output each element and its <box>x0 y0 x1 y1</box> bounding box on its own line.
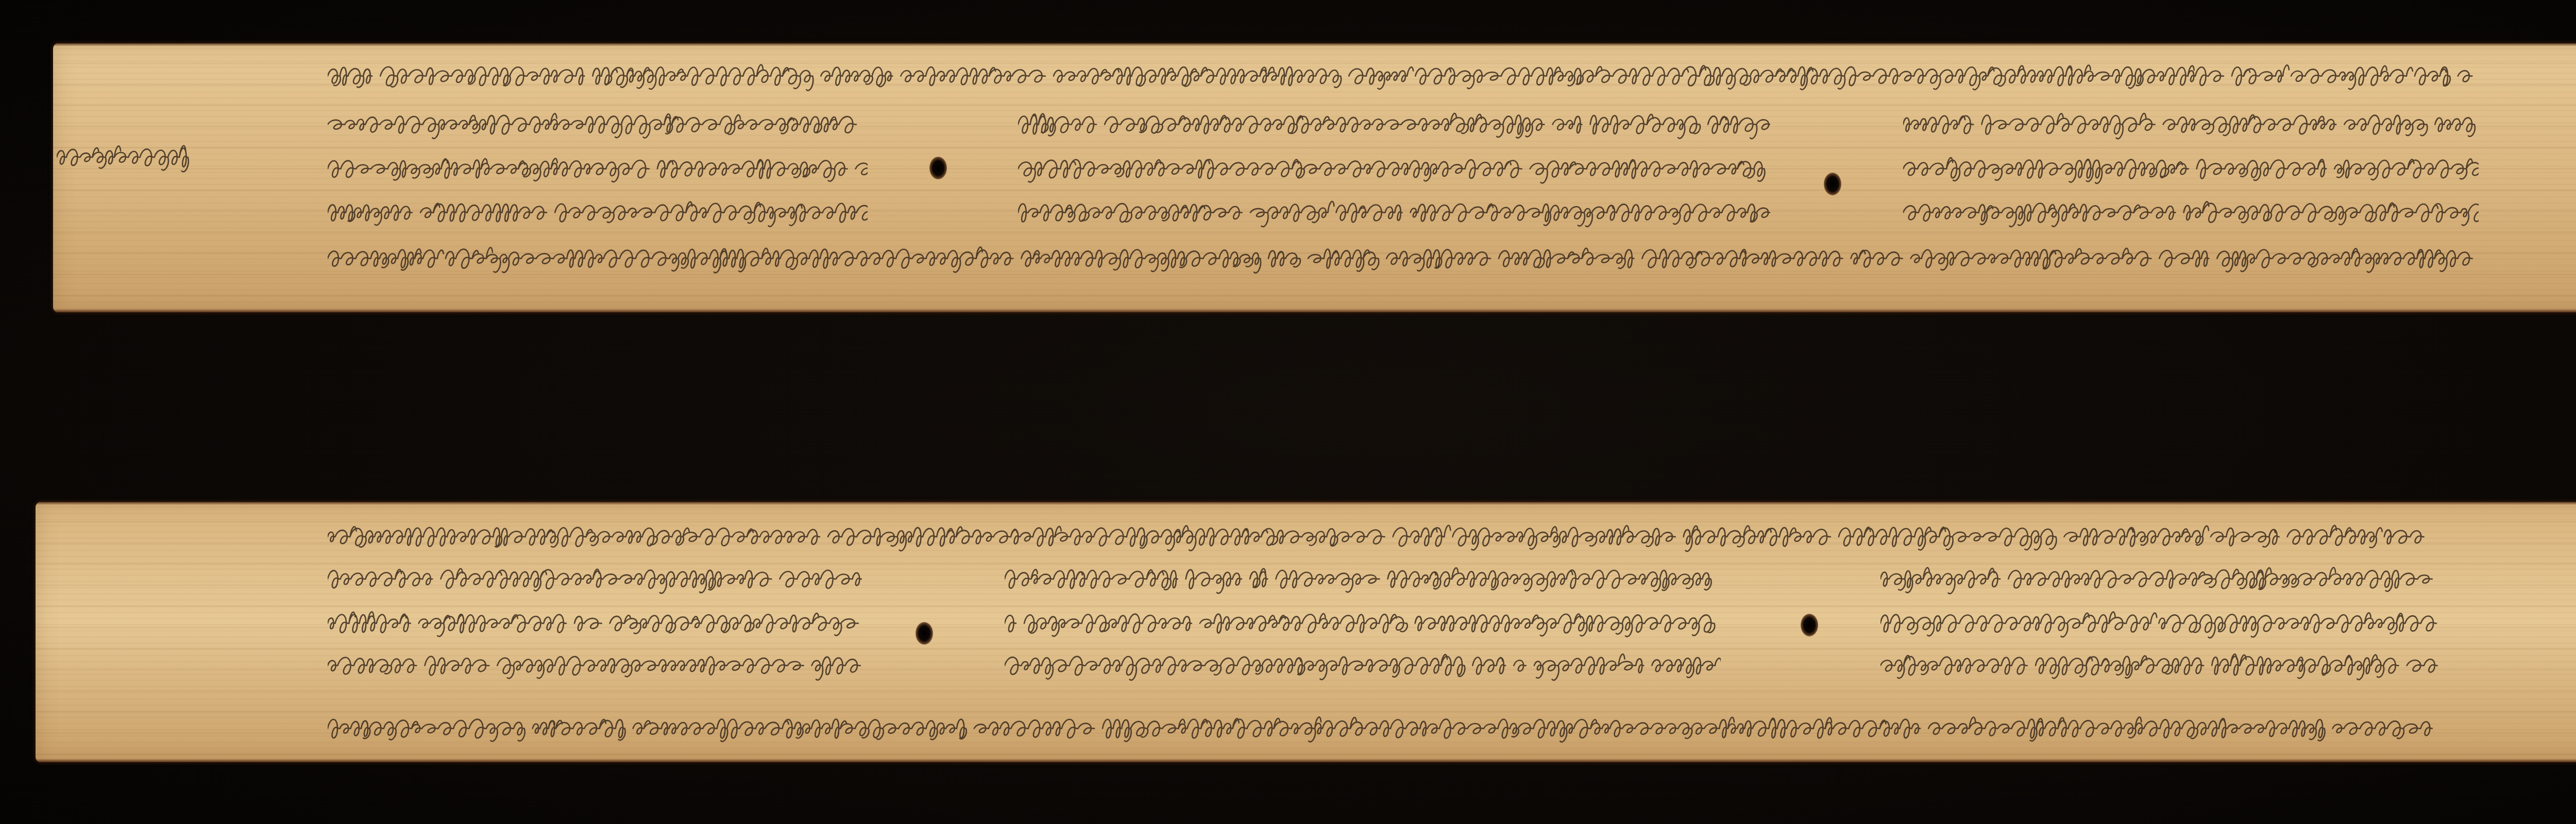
folio-margin-label <box>57 143 196 174</box>
bottom-leaf-binding-hole-2 <box>1801 614 1818 636</box>
top-leaf-text-line-2-col-2 <box>1018 108 1770 144</box>
bottom-leaf-text-line-3-col-1 <box>328 607 868 643</box>
leaf-edge-bottom <box>53 309 2576 312</box>
top-leaf-text-line-5-col-1 <box>328 242 2473 278</box>
bottom-leaf-text-line-4-col-1 <box>328 649 868 685</box>
bottom-leaf-binding-hole-1 <box>916 622 933 645</box>
leaf-edge-bottom <box>36 759 2576 762</box>
top-leaf-binding-hole-2 <box>1824 173 1841 195</box>
top-leaf-text-line-3-col-2 <box>1018 153 1770 189</box>
bottom-leaf-text-line-4-col-3 <box>1880 649 2442 685</box>
top-leaf-text-line-3-col-3 <box>1903 153 2479 189</box>
leaf-edge-top <box>53 43 2576 46</box>
top-leaf-text-line-2-col-3 <box>1903 108 2479 144</box>
bottom-leaf-text-line-1-col-1 <box>328 520 2442 557</box>
top-leaf-text-line-4-col-1 <box>328 196 868 232</box>
top-leaf-text-line-1-col-1 <box>328 60 2473 96</box>
bottom-leaf-text-line-2-col-1 <box>328 563 868 599</box>
bottom-leaf-text-line-3-col-3 <box>1880 607 2442 643</box>
bottom-leaf-text-line-3-col-2 <box>1005 607 1721 643</box>
bottom-leaf-text-line-4-col-2 <box>1005 649 1721 685</box>
bottom-leaf-text-line-5-col-1 <box>328 712 2442 748</box>
leaf-edge-top <box>36 502 2576 505</box>
bottom-leaf-text-line-2-col-2 <box>1005 563 1721 599</box>
top-leaf-text-line-4-col-3 <box>1903 196 2479 232</box>
top-leaf-text-line-2-col-1 <box>328 108 868 144</box>
top-leaf-text-line-3-col-1 <box>328 153 868 189</box>
top-leaf-text-line-4-col-2 <box>1018 196 1770 232</box>
top-leaf-binding-hole-1 <box>929 157 947 179</box>
bottom-leaf-text-line-2-col-3 <box>1880 563 2442 599</box>
